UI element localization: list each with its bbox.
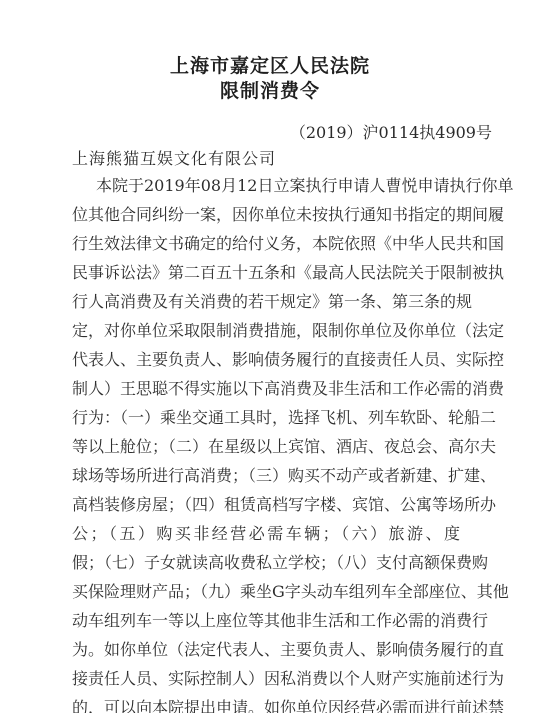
body-line: 等以上舱位；（二）在星级以上宾馆、酒店、夜总会、高尔夫 [72,437,460,459]
body-line: 民事诉讼法》第二百五十五条和《最高人民法院关于限制被执 [72,263,460,285]
court-name: 上海市嘉定区人民法院 [0,51,540,78]
body-line: 的，可以向本院提出申请。如你单位因经营必需而进行前述禁 [72,698,460,713]
body-line: 为。如你单位（法定代表人、主要负责人、影响债务履行的直 [72,640,460,662]
body-line: 球场等场所进行高消费；（三）购买不动产或者新建、扩建、 [72,466,460,488]
body-line: 行生效法律文书确定的给付义务，本院依照《中华人民共和国 [72,234,460,256]
body-line: 位其他合同纠纷一案，因你单位未按执行通知书指定的期间履 [72,205,460,227]
body-line: 公；（五）购买非经营必需车辆；（六）旅游、度 [72,524,460,546]
addressee: 上海熊猫互娱文化有限公司 [72,146,276,169]
body-line: 制人）王思聪不得实施以下高消费及非生活和工作必需的消费 [72,379,460,401]
body-line: 接责任人员、实际控制人）因私消费以个人财产实施前述行为 [72,669,460,691]
body-line: 高档装修房屋；（四）租赁高档写字楼、宾馆、公寓等场所办 [72,495,460,517]
body-line: 定，对你单位采取限制消费措施，限制你单位及你单位（法定 [72,321,460,343]
body-line: 代表人、主要负责人、影响债务履行的直接责任人员、实际控 [72,350,460,372]
body-line: 假；（七）子女就读高收费私立学校；（八）支付高额保费购 [72,553,460,575]
body-line: 动车组列车一等以上座位等其他非生活和工作必需的消费行 [72,611,460,633]
document-page: 上海市嘉定区人民法院 限制消费令 （2019）沪0114执4909号 上海熊猫互… [0,0,540,713]
body-line: 本院于2019年08月12日立案执行申请人曹悦申请执行你单 [96,176,460,198]
body-line: 买保险理财产品；（九）乘坐G字头动车组列车全部座位、其他 [72,582,460,604]
body-line: 行人高消费及有关消费的若干规定》第一条、第三条的规 [72,292,460,314]
body-line: 行为：（一）乘坐交通工具时，选择飞机、列车软卧、轮船二 [72,408,460,430]
case-number: （2019）沪0114执4909号 [290,120,492,143]
document-title: 限制消费令 [0,76,540,103]
